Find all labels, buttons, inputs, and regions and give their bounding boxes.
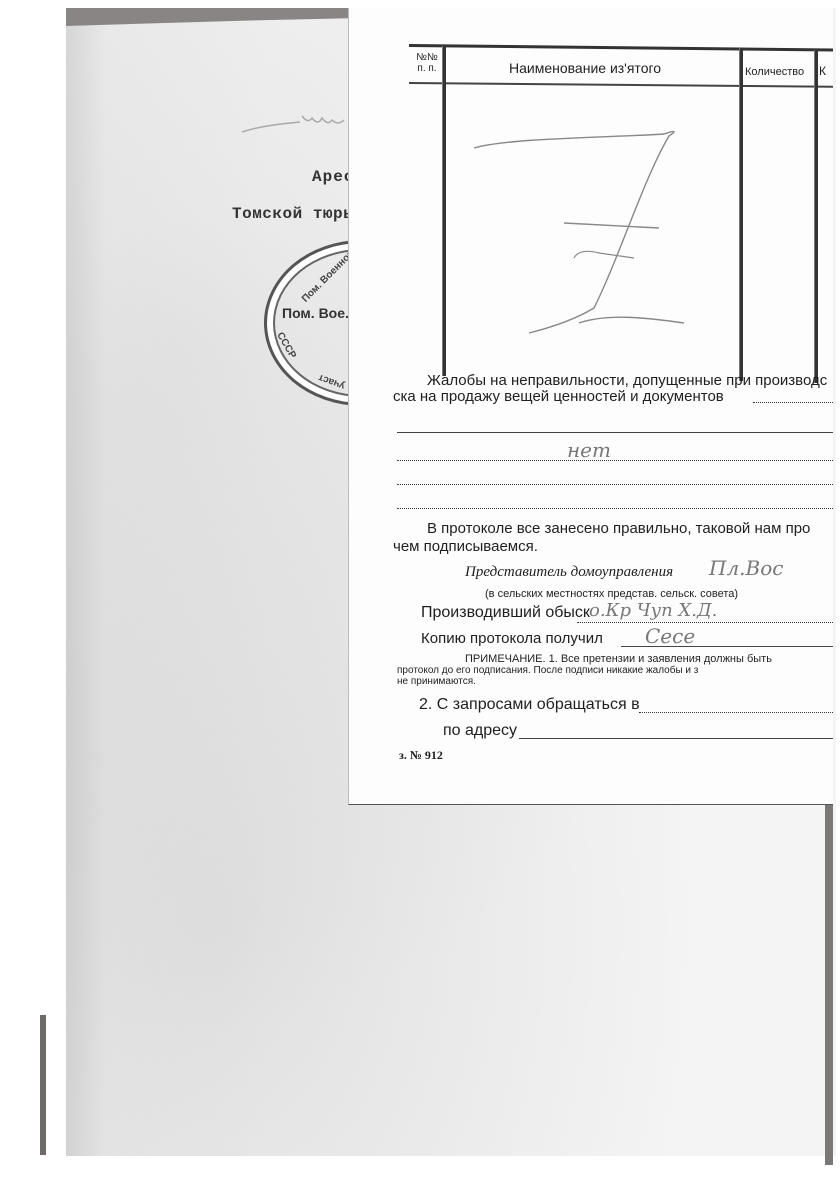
table-column-divider — [814, 50, 818, 383]
protocol-confirmation-line2: чем подписываемся. — [393, 538, 538, 555]
complaints-fill-line — [753, 402, 833, 403]
page-edge-right — [825, 800, 833, 1165]
table-column-divider — [442, 46, 446, 376]
representative-signature: Пл.Вос — [709, 556, 783, 580]
z-line-strikeout — [449, 108, 719, 348]
note-line2: протокол до его подписания. После подпис… — [397, 665, 698, 676]
address-label: по адресу — [443, 722, 517, 740]
complaints-text-line2: ска на продажу вещей ценностей и докумен… — [393, 388, 724, 405]
requests-fill-line — [639, 712, 833, 713]
page-edge-left — [40, 1015, 46, 1155]
complaints-line — [397, 460, 833, 461]
complaints-line — [397, 484, 833, 485]
address-fill-line — [519, 738, 833, 739]
table-column-divider — [739, 48, 743, 381]
search-performer-signature: о.Кр Чуп Х.Д. — [589, 600, 717, 621]
table-header-rule — [409, 82, 833, 88]
note-line1: ПРИМЕЧАНИЕ. 1. Все претензии и заявления… — [465, 653, 772, 665]
complaints-text-line1: Жалобы на неправильности, допущенные при… — [427, 372, 827, 389]
complaints-handwritten: нет — [567, 438, 611, 462]
requests-label: 2. С запросами обращаться в — [419, 696, 640, 714]
complaints-line — [397, 508, 833, 509]
form-number: з. № 912 — [399, 748, 443, 763]
table-top-rule — [409, 44, 833, 52]
column-header-item-name: Наименование из'ятого — [509, 60, 661, 76]
column-header-quantity: Количество — [745, 66, 804, 78]
protocol-confirmation-line1: В протоколе все занесено правильно, тако… — [427, 520, 810, 537]
column-header-truncated: К — [819, 64, 826, 78]
search-performer-line — [577, 622, 833, 623]
column-header-number: №№ п. п. — [413, 52, 441, 74]
representative-note: (в сельских местностях представ. сельск.… — [485, 588, 738, 600]
search-protocol-form: №№ п. п. Наименование из'ятого Количеств… — [348, 8, 833, 805]
search-performer-label: Производивший обыск — [421, 604, 590, 622]
back-title-line2: Томской тюрь — [232, 205, 353, 223]
representative-label: Представитель домоуправления — [465, 564, 673, 581]
faded-handwriting — [240, 110, 360, 140]
complaints-line — [397, 432, 833, 433]
copy-received-label: Копию протокола получил — [421, 630, 603, 647]
copy-received-signature: Сесе — [645, 624, 695, 648]
note-line3: не принимаются. — [397, 676, 476, 687]
